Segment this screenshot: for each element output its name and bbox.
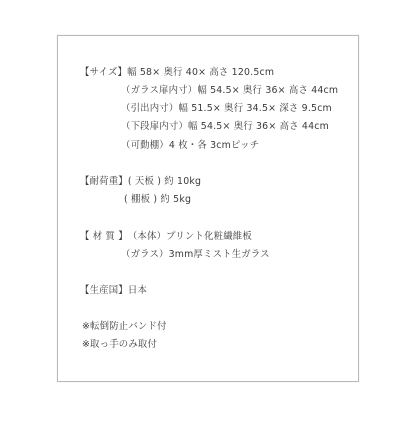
load-top: ( 天板 ) 約 10kg: [128, 176, 201, 187]
size-row: 【サイズ】幅 58× 奥行 40× 高さ 120.5cm: [80, 67, 274, 79]
origin-label: 【生産国】: [80, 285, 128, 297]
note-anti-tip: ※転倒防止バンド付: [82, 321, 167, 333]
load-label: 【耐荷重】: [80, 176, 128, 188]
size-shelf: （可動棚）4 枚・各 3cmピッチ: [121, 140, 259, 152]
size-label: 【サイズ】: [80, 67, 127, 79]
material-glass: （ガラス）3mm厚ミスト生ガラス: [121, 249, 270, 261]
origin-value: 日本: [128, 285, 147, 296]
material-row: 【 材 質 】（本体）プリント化粧繊維板: [80, 231, 252, 243]
load-row: 【耐荷重】( 天板 ) 約 10kg: [80, 176, 201, 188]
size-glass-door: （ガラス扉内寸）幅 54.5× 奥行 36× 高さ 44cm: [121, 85, 338, 97]
size-drawer: （引出内寸）幅 51.5× 奥行 34.5× 深さ 9.5cm: [121, 103, 332, 115]
note-handle: ※取っ手のみ取付: [82, 339, 157, 351]
material-label: 【 材 質 】: [80, 231, 128, 243]
material-body: （本体）プリント化粧繊維板: [128, 231, 252, 242]
size-lower-door: （下段扉内寸）幅 54.5× 奥行 36× 高さ 44cm: [121, 121, 329, 133]
load-shelf: ( 棚板 ) 約 5kg: [124, 194, 191, 206]
size-main: 幅 58× 奥行 40× 高さ 120.5cm: [127, 67, 274, 78]
origin-row: 【生産国】日本: [80, 285, 147, 297]
